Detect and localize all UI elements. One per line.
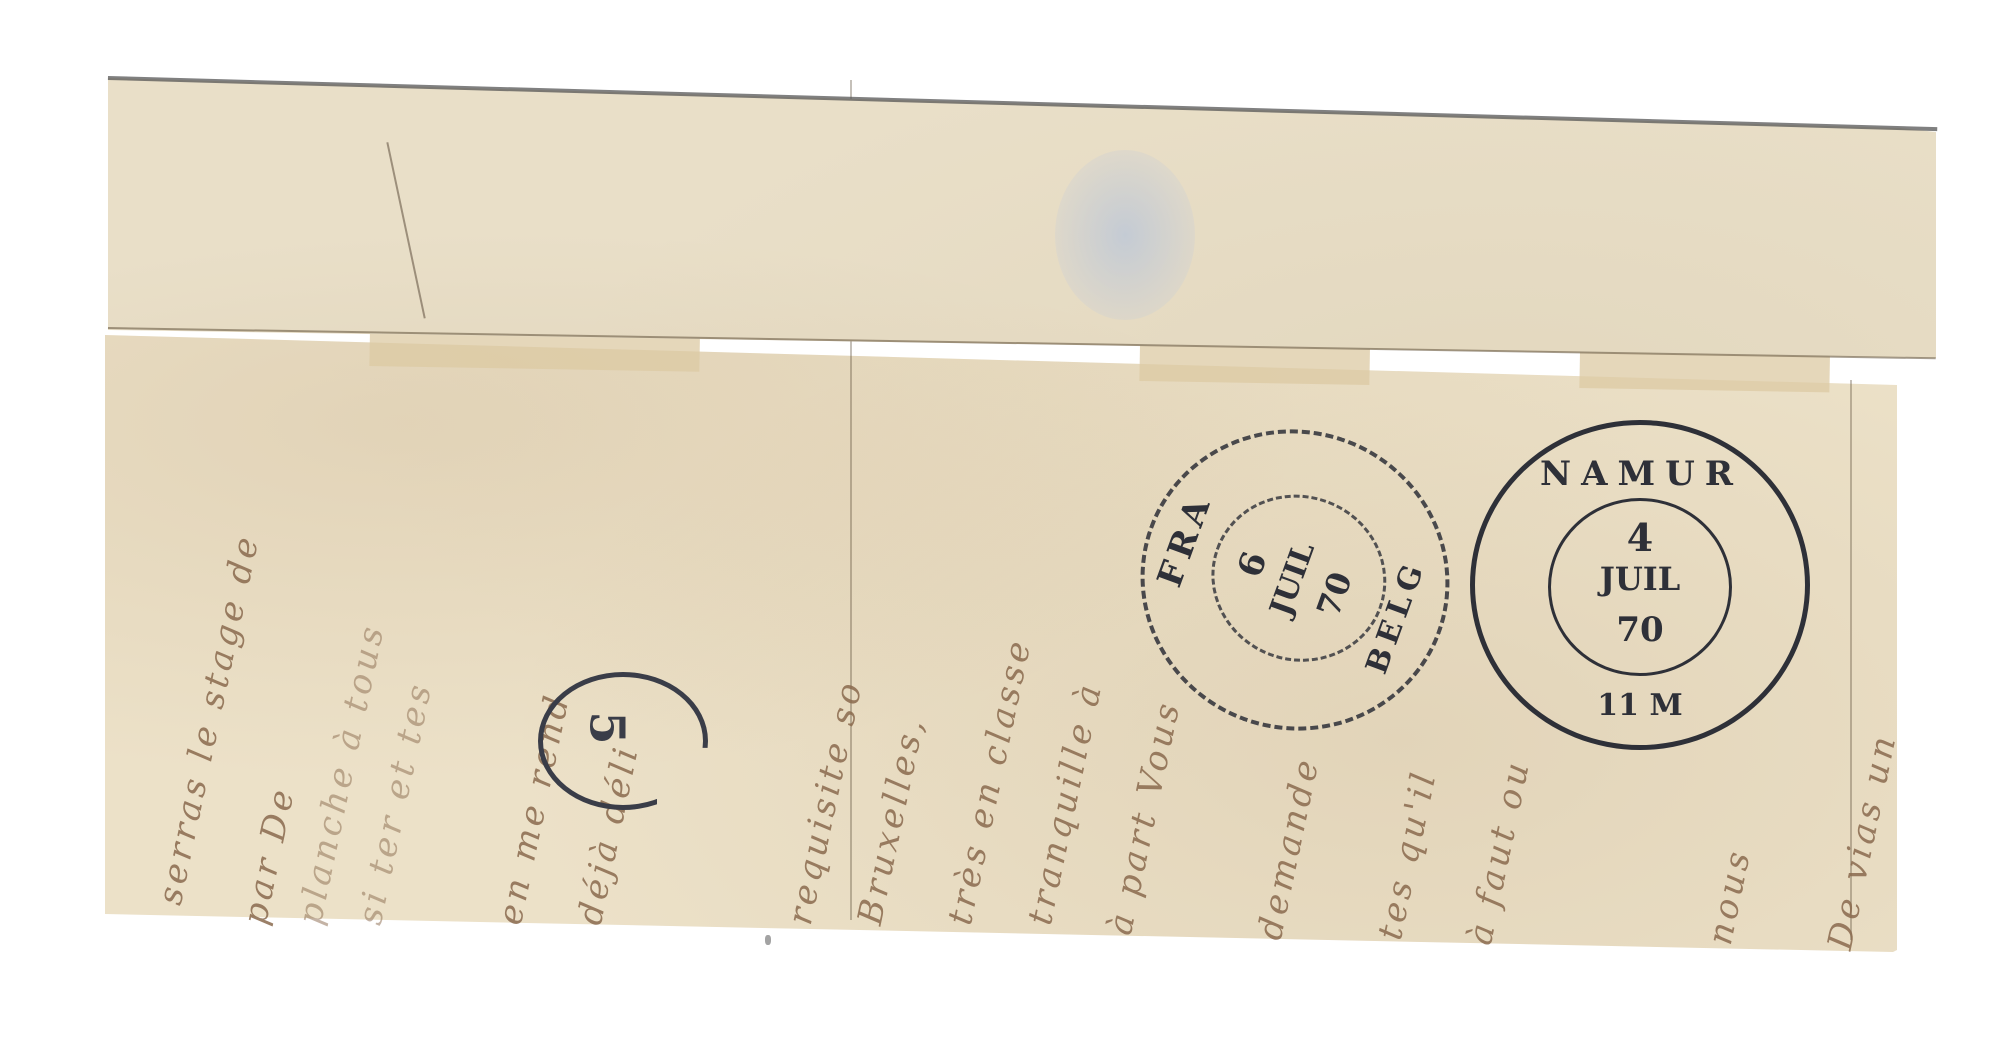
ink-speck [765, 935, 771, 945]
namur-postmark-time: 11 M [1580, 688, 1700, 723]
namur-postmark-day: 4 [1610, 515, 1670, 560]
namur-postmark-town: NAMUR [1540, 454, 1740, 494]
namur-postmark-year: 70 [1610, 610, 1670, 650]
wax-seal-stain [1055, 150, 1195, 320]
rate-mark-digit: 5 [579, 711, 635, 744]
paper-fold-strip [1139, 345, 1370, 385]
namur-postmark-month: JUIL [1580, 560, 1700, 598]
paper-fold-strip [1579, 352, 1830, 392]
folded-letter: serras le stage de par De planche à tous… [0, 0, 2000, 1057]
namur-postmark: NAMUR 4 JUIL 70 11 M [1470, 420, 1810, 750]
